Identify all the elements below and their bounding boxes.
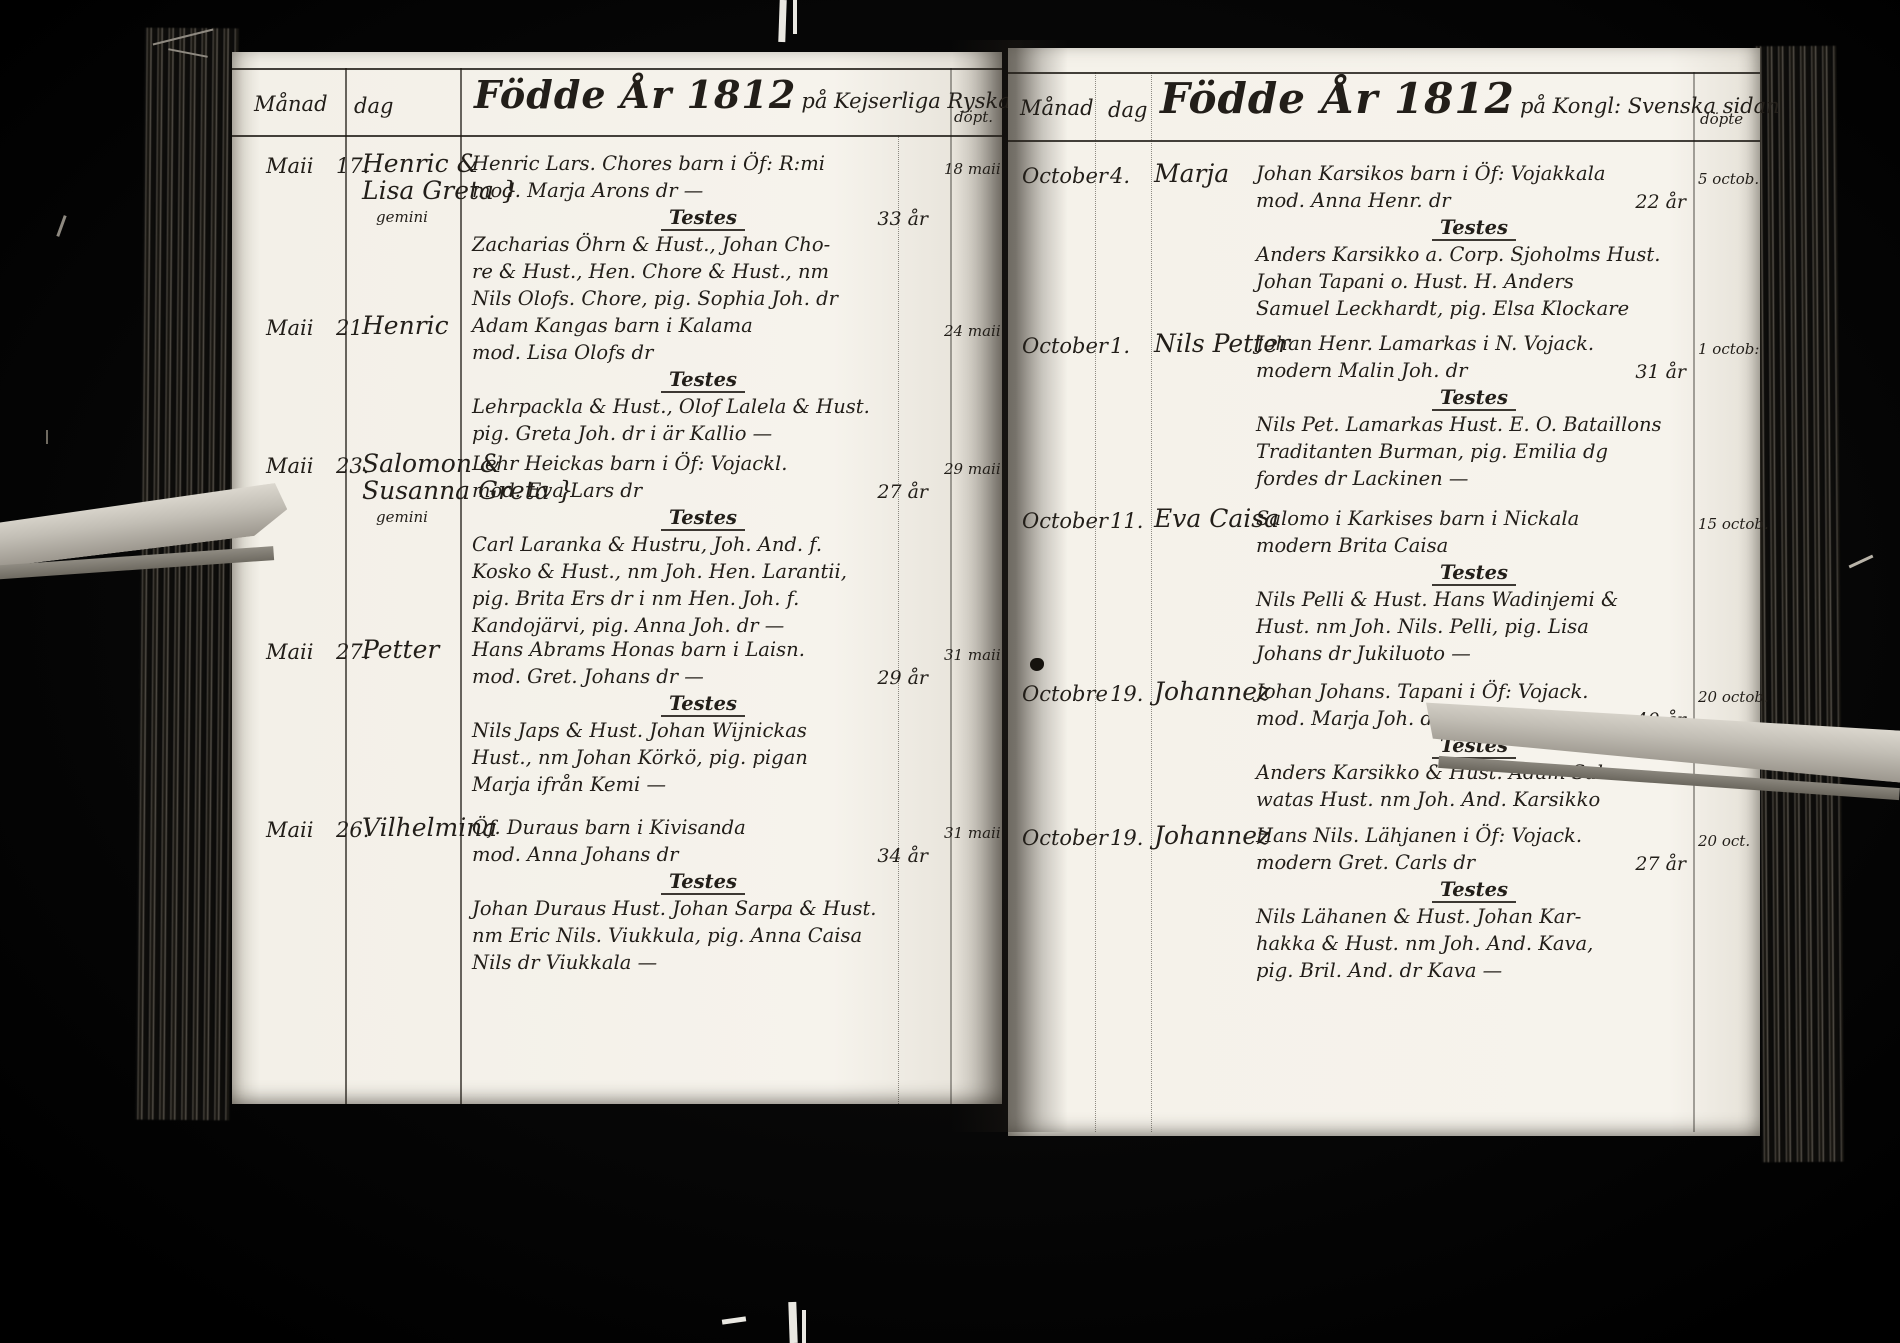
child-name: Petter (362, 636, 439, 663)
testes-heading: Testes (661, 870, 745, 895)
dust-scratch-right (1849, 555, 1874, 569)
child-names: Johannez (1154, 678, 1270, 705)
testes-heading: Testes (661, 206, 745, 231)
entry-body: Hans Abrams Honas barn i Laisn. mod. Gre… (472, 636, 934, 798)
entry-month: Maii (266, 154, 313, 178)
testes-text: Nils Lähanen & Hust. Johan Kar- hakka & … (1256, 903, 1692, 984)
child-names: Petter (362, 636, 439, 663)
testes-row: Testes (1256, 214, 1692, 241)
testes-heading: Testes (661, 506, 745, 531)
mother-age: 34 år (877, 843, 928, 870)
page-title-year: Födde År 1812 (1160, 74, 1515, 123)
manad-header: Månad (254, 92, 328, 116)
page-edge-stack-left (135, 28, 239, 1121)
scanned-parish-register: Månad dag Födde År 1812 på Kejserliga Ry… (0, 0, 1900, 1343)
testes-row: Testes (472, 204, 934, 231)
book-gutter-shadow (952, 40, 1068, 1132)
testes-row: Testes (472, 504, 934, 531)
baptized-date: 20 octob. (1698, 688, 1769, 706)
entry-body: Salomo i Karkises barn i Nickala modern … (1256, 505, 1692, 667)
entry-month: Maii (266, 818, 313, 842)
baptized-date: 20 oct. (1698, 832, 1750, 850)
testes-text: Nils Pelli & Hust. Hans Wadinjemi & Hust… (1256, 586, 1692, 667)
testes-text: Nils Japs & Hust. Johan Wijnickas Hust.,… (472, 717, 934, 798)
parents-text: Johan Henr. Lamarkas i N. Vojack. modern… (1256, 330, 1692, 384)
testes-row: Testes (1256, 384, 1692, 411)
spine-mark-bottom-2 (802, 1310, 806, 1343)
dag-header: dag (1108, 98, 1147, 122)
entry-month: Maii (266, 454, 313, 478)
spine-dash-bottom (722, 1316, 746, 1324)
child-name: Johannez (1154, 678, 1270, 705)
dopt-column-rule (1693, 72, 1695, 1132)
baptized-date: 5 octob. (1698, 170, 1759, 188)
child-names: Marja (1154, 160, 1229, 187)
parents-text: Adam Kangas barn i Kalama mod. Lisa Olof… (472, 312, 934, 366)
testes-row: Testes (472, 868, 934, 895)
testes-heading: Testes (1432, 561, 1516, 586)
manad-column-rule (345, 68, 347, 1104)
testes-text: Anders Karsikko a. Corp. Sjoholms Hust. … (1256, 241, 1692, 322)
parents-text: Henric Lars. Chores barn i Öf: R:mi mod.… (472, 150, 934, 204)
header-bottom-rule (232, 135, 1002, 137)
header-bottom-rule (1008, 140, 1760, 142)
spine-mark-top (778, 0, 786, 42)
header-top-rule (232, 68, 1002, 70)
child-names: Johannez (1154, 822, 1270, 849)
mother-age: 33 år (877, 206, 928, 233)
testes-text: Carl Laranka & Hustru, Joh. And. f. Kosk… (472, 531, 934, 639)
testes-text: Johan Duraus Hust. Johan Sarpa & Hust. n… (472, 895, 934, 976)
baptized-date: 15 octob. (1698, 515, 1769, 533)
entry-body: Hans Nils. Lähjanen i Öf: Vojack. modern… (1256, 822, 1692, 984)
parents-text: Hans Abrams Honas barn i Laisn. mod. Gre… (472, 636, 934, 690)
child-name: Marja (1154, 160, 1229, 187)
spine-mark-bottom (788, 1302, 797, 1343)
dust-scratch (56, 215, 66, 237)
spine-mark-top-2 (793, 0, 797, 34)
entry-body: Lehr Heickas barn i Öf: Vojackl. mod. Ev… (472, 450, 934, 639)
mother-age: 29 år (877, 665, 928, 692)
entry-day: 4. (1110, 164, 1130, 188)
testes-text: Nils Pet. Lamarkas Hust. E. O. Bataillon… (1256, 411, 1692, 492)
manad-column-rule (1095, 72, 1096, 1132)
testes-row: Testes (472, 690, 934, 717)
dag-header: dag (354, 94, 393, 118)
child-names: Henric (362, 312, 449, 339)
entry-day: 11. (1110, 509, 1143, 533)
testes-text: Zacharias Öhrn & Hust., Johan Cho- re & … (472, 231, 934, 312)
mother-age: 22 år (1635, 189, 1686, 216)
page-title: Födde År 1812 på Kongl: Svenska sidan (1160, 74, 1780, 123)
page-edge-stack-right (1754, 46, 1844, 1163)
left-page: Månad dag Födde År 1812 på Kejserliga Ry… (232, 52, 1002, 1104)
parents-text: Hans Nils. Lähjanen i Öf: Vojack. modern… (1256, 822, 1692, 876)
testes-heading: Testes (1432, 386, 1516, 411)
entry-month: Maii (266, 640, 313, 664)
child-name: Johannez (1154, 822, 1270, 849)
baptized-date: 1 octob: (1698, 340, 1759, 358)
mother-age: 27 år (1635, 851, 1686, 878)
page-title-year: Födde År 1812 (474, 72, 796, 117)
testes-text: Lehrpackla & Hust., Olof Lalela & Hust. … (472, 393, 934, 447)
parents-text: Öf. Duraus barn i Kivisanda mod. Anna Jo… (472, 814, 934, 868)
parents-text: Salomo i Karkises barn i Nickala modern … (1256, 505, 1692, 559)
mother-age: 31 år (1635, 359, 1686, 386)
testes-row: Testes (472, 366, 934, 393)
parents-text: Johan Karsikos barn i Öf: Vojakkala mod.… (1256, 160, 1692, 214)
testes-row: Testes (1256, 876, 1692, 903)
entry-body: Adam Kangas barn i Kalama mod. Lisa Olof… (472, 312, 934, 447)
dopt-header: döpte (1700, 110, 1743, 128)
testes-row: Testes (1256, 559, 1692, 586)
mother-age: 27 år (877, 479, 928, 506)
testes-heading: Testes (1432, 878, 1516, 903)
entry-day: 19. (1110, 826, 1143, 850)
entry-body: Henric Lars. Chores barn i Öf: R:mi mod.… (472, 150, 934, 312)
dust-scratch-2 (46, 430, 48, 444)
testes-heading: Testes (661, 692, 745, 717)
entry-day: 19. (1110, 682, 1143, 706)
entry-body: Öf. Duraus barn i Kivisanda mod. Anna Jo… (472, 814, 934, 976)
child-name: Henric (362, 312, 449, 339)
testes-heading: Testes (661, 368, 745, 393)
entry-body: Johan Karsikos barn i Öf: Vojakkala mod.… (1256, 160, 1692, 322)
entry-body: Johan Henr. Lamarkas i N. Vojack. modern… (1256, 330, 1692, 492)
testes-heading: Testes (1432, 216, 1516, 241)
parents-text: Lehr Heickas barn i Öf: Vojackl. mod. Ev… (472, 450, 934, 504)
entry-month: Maii (266, 316, 313, 340)
right-page: Månad dag Födde År 1812 på Kongl: Svensk… (1008, 48, 1760, 1136)
dag-column-rule (1151, 72, 1152, 1132)
entry-day: 1. (1110, 334, 1130, 358)
entry-day: 21 (336, 316, 363, 340)
